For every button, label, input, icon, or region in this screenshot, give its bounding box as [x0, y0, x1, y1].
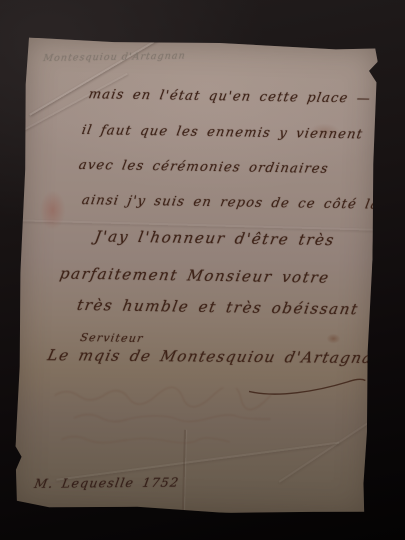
letter-line-4: ainsi j'y suis en repos de ce côté là, — [81, 193, 387, 213]
ink-showthrough — [43, 383, 345, 461]
letter-line-6: parfaitement Monsieur votre — [58, 264, 331, 286]
paper-stain — [326, 333, 340, 343]
paper-crease-topleft — [29, 37, 161, 116]
letter-line-1: mais en l'état qu'en cette place — — [87, 87, 358, 106]
letter-closing-word: Serviteur — [79, 331, 144, 345]
letter-line-2: il faut que les ennemis y viennent — [80, 123, 364, 142]
letter-line-7: très humble et très obéissant — [76, 296, 361, 318]
letter-line-3: avec les cérémonies ordinaires — [78, 158, 330, 177]
bottom-annotation: M. Lequeslle 1752 — [33, 475, 180, 491]
paper-stain — [39, 190, 66, 231]
pencil-annotation: Montesquiou d'Artagnan — [43, 51, 187, 64]
letter-line-5: J'ay l'honneur d'être très — [93, 227, 336, 249]
signature: Le mqis de Montesquiou d'Artagnan — [46, 346, 386, 367]
letter-photo: Montesquiou d'Artagnan mais en l'état qu… — [0, 0, 405, 540]
letter-paper: Montesquiou d'Artagnan mais en l'état qu… — [14, 37, 378, 516]
